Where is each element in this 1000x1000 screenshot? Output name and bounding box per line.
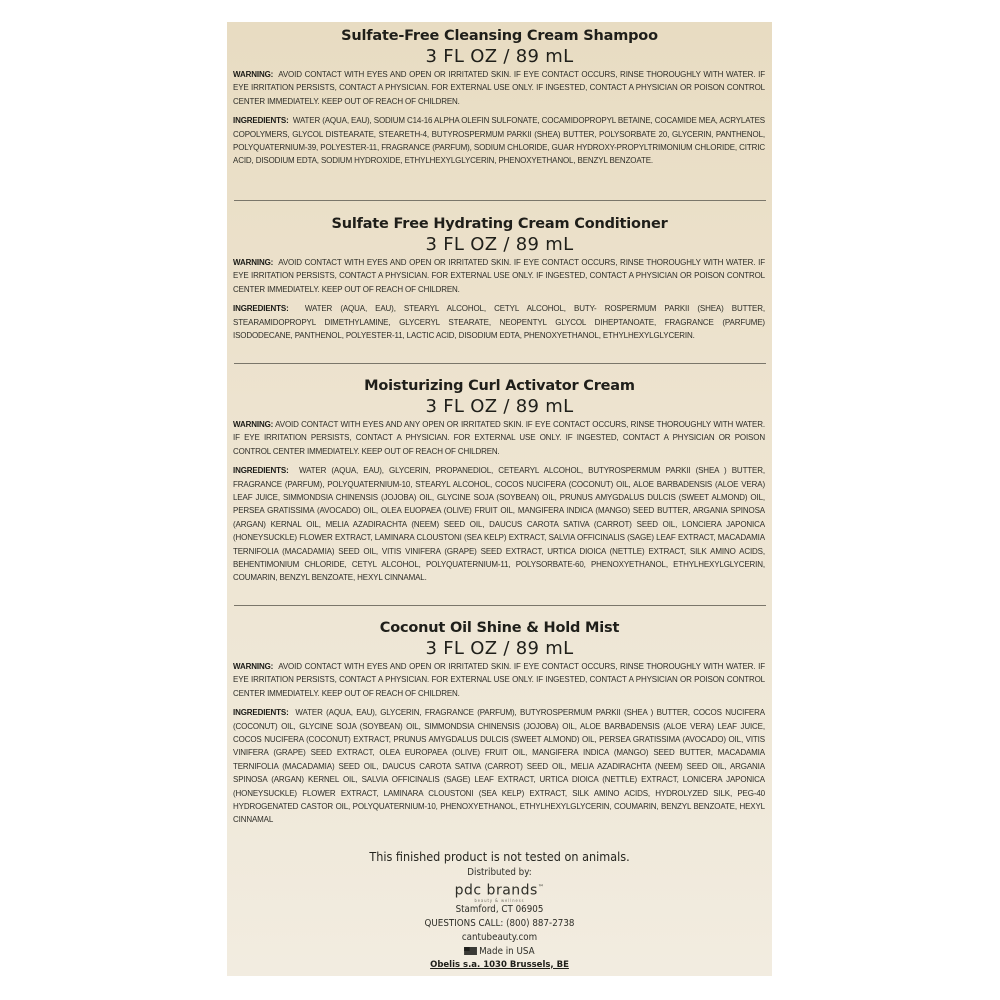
ingredients-label: INGREDIENTS: bbox=[233, 115, 289, 125]
product-section-curl-activator: Moisturizing Curl Activator Cream 3 FL O… bbox=[227, 376, 772, 585]
product-title: Sulfate Free Hydrating Cream Conditioner bbox=[227, 214, 772, 234]
warning-text: WARNING: AVOID CONTACT WITH EYES AND OPE… bbox=[233, 660, 765, 700]
warning-label: WARNING: bbox=[233, 69, 273, 79]
ingredients-text: INGREDIENTS: WATER (AQUA, EAU), STEARYL … bbox=[233, 302, 765, 342]
warning-text: WARNING: AVOID CONTACT WITH EYES AND OPE… bbox=[233, 256, 765, 296]
questions-phone: QUESTIONS CALL: (800) 887-2738 bbox=[249, 917, 750, 931]
warning-text: WARNING: AVOID CONTACT WITH EYES AND OPE… bbox=[233, 68, 765, 108]
warning-text: WARNING: AVOID CONTACT WITH EYES AND ANY… bbox=[233, 418, 765, 458]
section-divider bbox=[234, 363, 766, 364]
product-volume: 3 FL OZ / 89 mL bbox=[227, 638, 772, 660]
warning-label: WARNING: bbox=[233, 661, 273, 671]
product-volume: 3 FL OZ / 89 mL bbox=[227, 234, 772, 256]
cruelty-free-claim: This finished product is not tested on a… bbox=[254, 848, 745, 866]
brand-logo: pdc brands™ bbox=[227, 880, 772, 899]
eu-representative: Obelis s.a. 1030 Brussels, BE bbox=[227, 959, 772, 972]
product-label-panel: Sulfate-Free Cleansing Cream Shampoo 3 F… bbox=[227, 22, 772, 976]
us-flag-icon bbox=[464, 947, 477, 955]
product-title: Coconut Oil Shine & Hold Mist bbox=[227, 618, 772, 638]
website: cantubeauty.com bbox=[249, 931, 750, 945]
made-in-usa: Made in USA bbox=[249, 945, 750, 959]
ingredients-label: INGREDIENTS: bbox=[233, 303, 289, 313]
product-section-conditioner: Sulfate Free Hydrating Cream Conditioner… bbox=[227, 214, 772, 342]
warning-label: WARNING: bbox=[233, 257, 273, 267]
distributor-address: Stamford, CT 06905 bbox=[249, 903, 750, 917]
ingredients-text: INGREDIENTS: WATER (AQUA, EAU), SODIUM C… bbox=[233, 114, 765, 168]
ingredients-text: INGREDIENTS: WATER (AQUA, EAU), GLYCERIN… bbox=[233, 464, 765, 585]
ingredients-text: INGREDIENTS: WATER (AQUA, EAU), GLYCERIN… bbox=[233, 706, 765, 827]
label-footer: This finished product is not tested on a… bbox=[227, 848, 772, 972]
section-divider bbox=[234, 200, 766, 201]
ingredients-label: INGREDIENTS: bbox=[233, 465, 289, 475]
product-volume: 3 FL OZ / 89 mL bbox=[227, 46, 772, 68]
product-volume: 3 FL OZ / 89 mL bbox=[227, 396, 772, 418]
section-divider bbox=[234, 605, 766, 606]
product-title: Sulfate-Free Cleansing Cream Shampoo bbox=[227, 26, 772, 46]
product-title: Moisturizing Curl Activator Cream bbox=[227, 376, 772, 396]
product-section-shampoo: Sulfate-Free Cleansing Cream Shampoo 3 F… bbox=[227, 26, 772, 168]
warning-label: WARNING: bbox=[233, 419, 273, 429]
product-section-shine-mist: Coconut Oil Shine & Hold Mist 3 FL OZ / … bbox=[227, 618, 772, 827]
ingredients-label: INGREDIENTS: bbox=[233, 707, 289, 717]
distributed-by: Distributed by: bbox=[249, 866, 750, 880]
